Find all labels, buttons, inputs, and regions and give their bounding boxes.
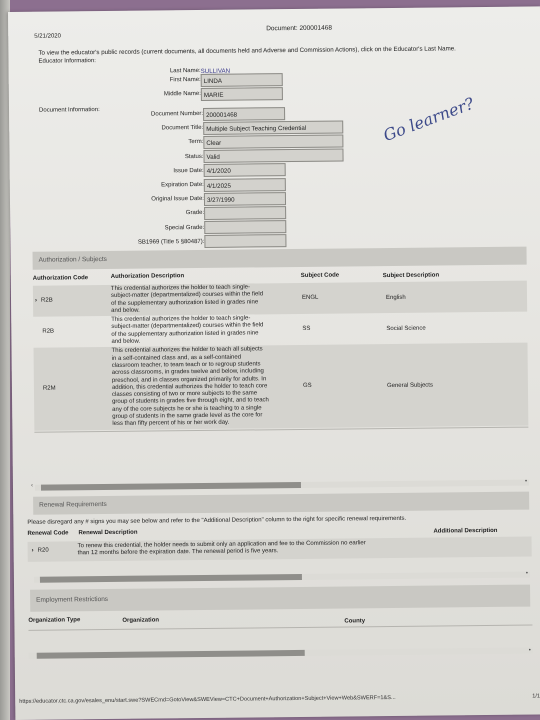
renewal-code: R20 xyxy=(38,548,49,554)
document-field-label: Document Number: xyxy=(121,111,203,118)
document-field-row: Expiration Date:4/1/2025 xyxy=(122,177,286,193)
document-field-label: Status: xyxy=(121,154,203,161)
document-field-value xyxy=(204,234,286,248)
subject-description-cell: General Subjects xyxy=(387,382,433,390)
document-field-value xyxy=(204,206,286,220)
document-field-value: 4/1/2020 xyxy=(204,163,286,177)
document-field-label: Expiration Date: xyxy=(122,182,204,189)
middle-name-row: Middle Name: MARIE xyxy=(129,86,283,102)
col-renewal-code: Renewal Code xyxy=(27,530,68,536)
document-info-label: Document Information: xyxy=(39,107,100,114)
scroll-left-arrow[interactable]: ‹ xyxy=(31,483,33,489)
document-field-row: Special Grade: xyxy=(122,220,286,236)
printed-page: Document: 200001468 5/21/2020 To view th… xyxy=(8,6,540,720)
document-field-value: 4/1/2025 xyxy=(204,178,286,192)
print-date: 5/21/2020 xyxy=(34,33,61,39)
document-field-label: Special Grade: xyxy=(122,225,204,232)
col-organization-type: Organization Type xyxy=(28,617,80,624)
col-subject-description: Subject Description xyxy=(383,272,439,279)
middle-name-label: Middle Name: xyxy=(129,91,201,98)
document-field-row: Issue Date:4/1/2020 xyxy=(122,163,286,179)
document-field-row: Original Issue Date:3/27/1990 xyxy=(122,191,286,207)
col-county: County xyxy=(344,618,365,624)
subject-description-cell: English xyxy=(386,294,406,302)
col-renewal-description: Renewal Description xyxy=(78,530,137,537)
col-authorization-description: Authorization Description xyxy=(111,273,184,280)
document-field-label: Term: xyxy=(121,139,203,146)
page-number: 1/1 xyxy=(532,693,540,699)
educator-info-label: Educator Information: xyxy=(38,58,95,65)
renewal-note: Please disregard any # signs you may see… xyxy=(27,515,527,528)
document-field-row: Grade: xyxy=(122,205,286,221)
renewal-scrollbar-thumb[interactable] xyxy=(40,574,302,583)
authorization-code-cell[interactable]: R2B xyxy=(35,328,54,335)
col-authorization-code: Authorization Code xyxy=(33,275,88,282)
first-name-value: LINDA xyxy=(201,73,283,87)
authorization-panel-header: Authorization / Subjects xyxy=(33,247,527,270)
col-organization: Organization xyxy=(122,617,159,623)
document-field-value: 3/27/1990 xyxy=(204,192,286,206)
document-field-label: Document Title: xyxy=(121,125,203,132)
authorization-description-cell: This credential authorizes the holder to… xyxy=(112,346,305,428)
document-field-label: Issue Date: xyxy=(122,168,204,175)
subject-description-cell: Social Science xyxy=(386,325,425,333)
handwritten-note: Go learner? xyxy=(381,94,477,145)
row-selector-chevron-icon: › xyxy=(35,297,37,303)
authorization-code: R2B xyxy=(42,328,54,334)
col-subject-code: Subject Code xyxy=(301,273,339,279)
authorization-code: R2B xyxy=(41,297,53,303)
document-field-row: Status:Valid xyxy=(121,148,343,164)
employment-scroll-right-arrow[interactable]: • xyxy=(529,648,531,654)
row-selector-chevron-icon: › xyxy=(32,548,34,554)
renewal-panel-header: Renewal Requirements xyxy=(33,492,529,515)
authorization-scrollbar-thumb[interactable] xyxy=(41,482,301,491)
authorization-description-cell: This credential authorizes the holder to… xyxy=(111,315,303,346)
authorization-code: R2M xyxy=(43,385,56,391)
document-field-row: Document Number:200001468 xyxy=(121,106,285,122)
subject-code-cell: ENGL xyxy=(302,294,318,301)
document-field-row: SB1969 (Title 5 §80487): xyxy=(122,234,286,250)
col-additional-description: Additional Description xyxy=(433,528,497,535)
document-field-label: SB1969 (Title 5 §80487): xyxy=(122,239,204,246)
footer-url: https://educator.ctc.ca.gov/esales_enu/s… xyxy=(19,695,395,705)
document-field-label: Grade: xyxy=(122,210,204,217)
document-field-value: 200001468 xyxy=(203,107,285,121)
document-heading: Document: 200001468 xyxy=(266,25,332,33)
middle-name-value: MARIE xyxy=(201,87,283,101)
intro-text: To view the educator's public records (c… xyxy=(38,45,528,57)
document-field-value: Clear xyxy=(203,134,343,148)
document-field-label: Original Issue Date: xyxy=(122,196,204,203)
renewal-scroll-right-arrow[interactable]: • xyxy=(526,571,528,577)
document-field-value: Valid xyxy=(203,149,343,163)
renewal-code-cell[interactable]: ›R20 xyxy=(32,548,49,555)
document-field-value xyxy=(204,220,286,234)
employment-scrollbar-thumb[interactable] xyxy=(37,650,305,659)
authorization-code-cell[interactable]: ›R2B xyxy=(35,297,53,304)
employment-divider xyxy=(28,625,532,631)
subject-code-cell: SS xyxy=(302,326,310,333)
subject-code-cell: GS xyxy=(303,382,312,389)
authorization-code-cell[interactable]: R2M xyxy=(36,385,56,393)
authorization-description-cell: This credential authorizes the holder to… xyxy=(111,284,303,315)
employment-panel-header: Employment Restrictions xyxy=(30,585,530,612)
document-field-value: Multiple Subject Teaching Credential xyxy=(203,120,343,134)
first-name-label: First Name: xyxy=(129,77,201,84)
scroll-right-arrow[interactable]: • xyxy=(525,479,527,485)
